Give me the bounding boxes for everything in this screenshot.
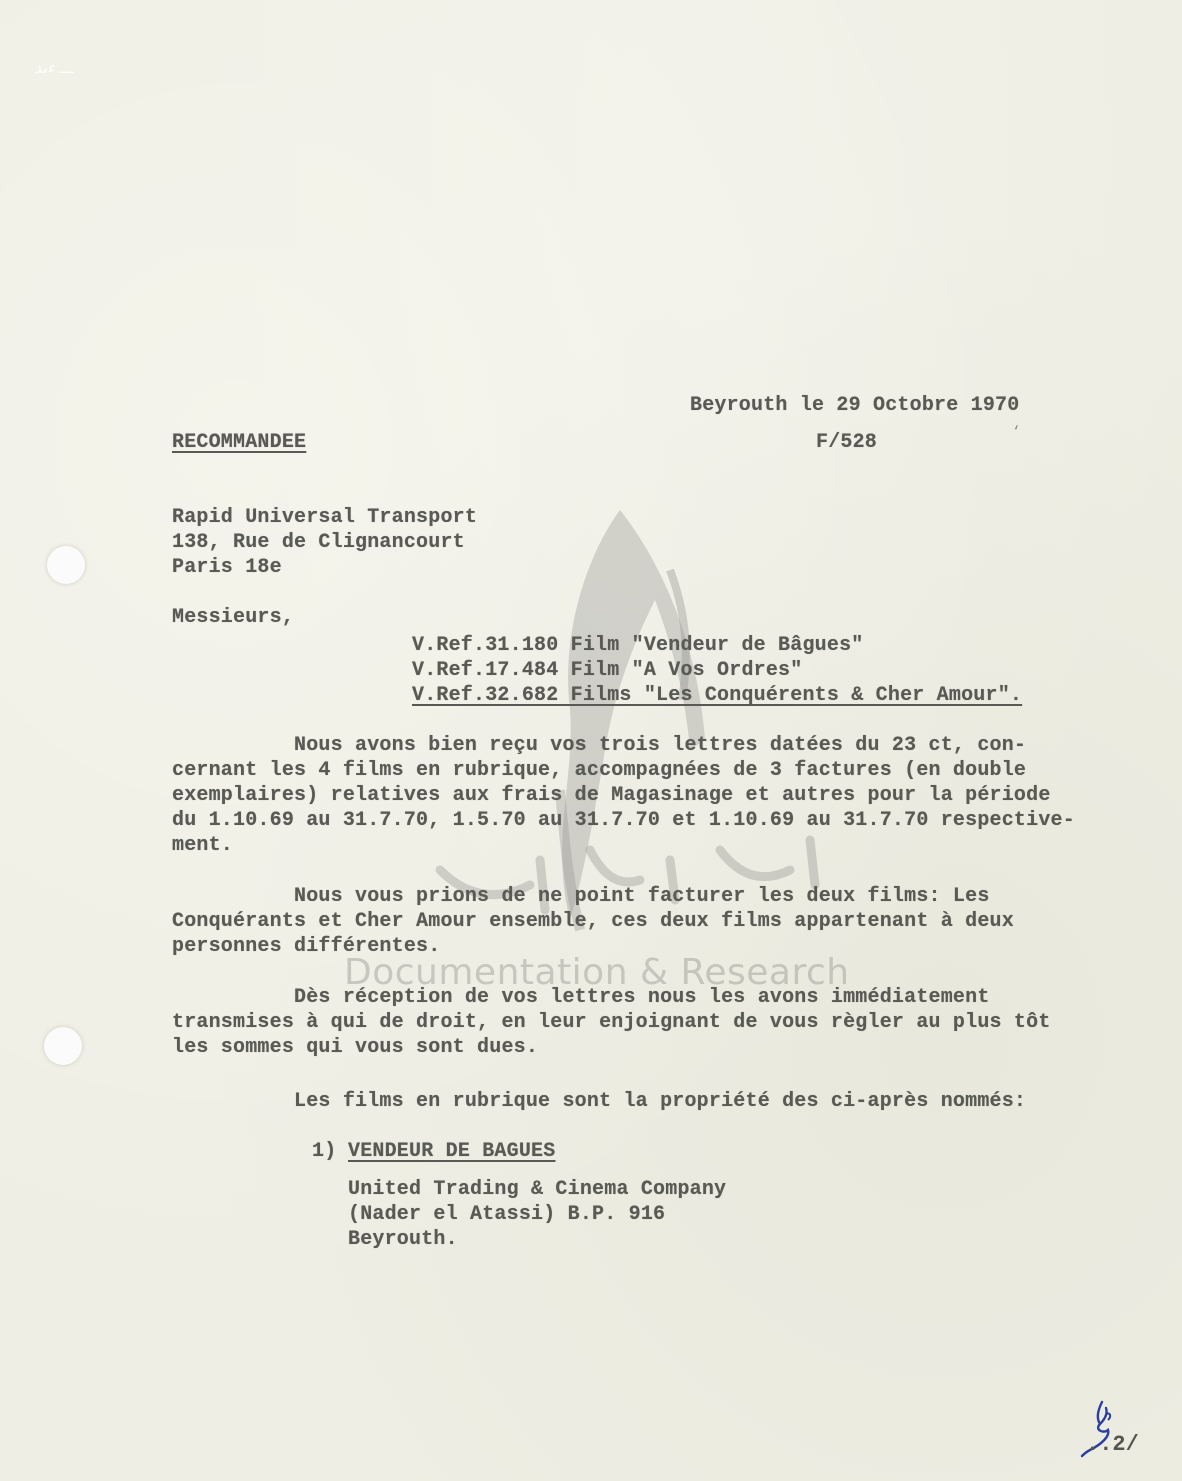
paragraph-line: personnes différentes. [172, 934, 440, 959]
recipient-line: Rapid Universal Transport [172, 505, 477, 530]
reference-line: V.Ref.31.180 Film "Vendeur de Bâgues" [412, 633, 863, 658]
owner-film-title: VENDEUR DE BAGUES [348, 1139, 555, 1164]
calligraphy-logo-icon [420, 490, 860, 950]
continuation-page-mark: ..2/ [1086, 1432, 1139, 1457]
paragraph-line: ment. [172, 833, 233, 858]
scan-edge-scrap: ـــ ءىد [34, 58, 74, 77]
paragraph-line: Nous vous prions de ne point facturer le… [172, 884, 990, 909]
recipient-line: Paris 18e [172, 555, 282, 580]
paragraph-line: Nous avons bien reçu vos trois lettres d… [172, 733, 1026, 758]
reference-line: V.Ref.32.682 Films "Les Conquérents & Ch… [412, 683, 1022, 708]
registered-mention: RECOMMANDEE [172, 430, 306, 455]
corner-tick: ‘ [1012, 424, 1020, 440]
paragraph-line: du 1.10.69 au 31.7.70, 1.5.70 au 31.7.70… [172, 808, 1075, 833]
owner-number: 1) [312, 1139, 336, 1164]
paragraph-line: Dès réception de vos lettres nous les av… [172, 985, 990, 1010]
place-date: Beyrouth le 29 Octobre 1970 [690, 393, 1019, 418]
owner-line: (Nader el Atassi) B.P. 916 [348, 1202, 665, 1227]
punch-hole-bottom [44, 1027, 82, 1065]
salutation: Messieurs, [172, 605, 294, 630]
owner-line: United Trading & Cinema Company [348, 1177, 726, 1202]
paragraph-line: Conquérants et Cher Amour ensemble, ces … [172, 909, 1014, 934]
paragraph-line: Les films en rubrique sont la propriété … [172, 1089, 1026, 1114]
recipient-line: 138, Rue de Clignancourt [172, 530, 465, 555]
owner-line: Beyrouth. [348, 1227, 458, 1252]
paragraph-line: transmises à qui de droit, en leur enjoi… [172, 1010, 1051, 1035]
reference-line: V.Ref.17.484 Film "A Vos Ordres" [412, 658, 802, 683]
paragraph-line: les sommes qui vous sont dues. [172, 1035, 538, 1060]
punch-hole-top [47, 546, 85, 584]
paragraph-line: cernant les 4 films en rubrique, accompa… [172, 758, 1026, 783]
paragraph-line: exemplaires) relatives aux frais de Maga… [172, 783, 1051, 808]
scanned-letter-page: ـــ ءىد Documentation & Research Beyrout… [0, 0, 1182, 1481]
letter-reference: F/528 [816, 430, 877, 455]
